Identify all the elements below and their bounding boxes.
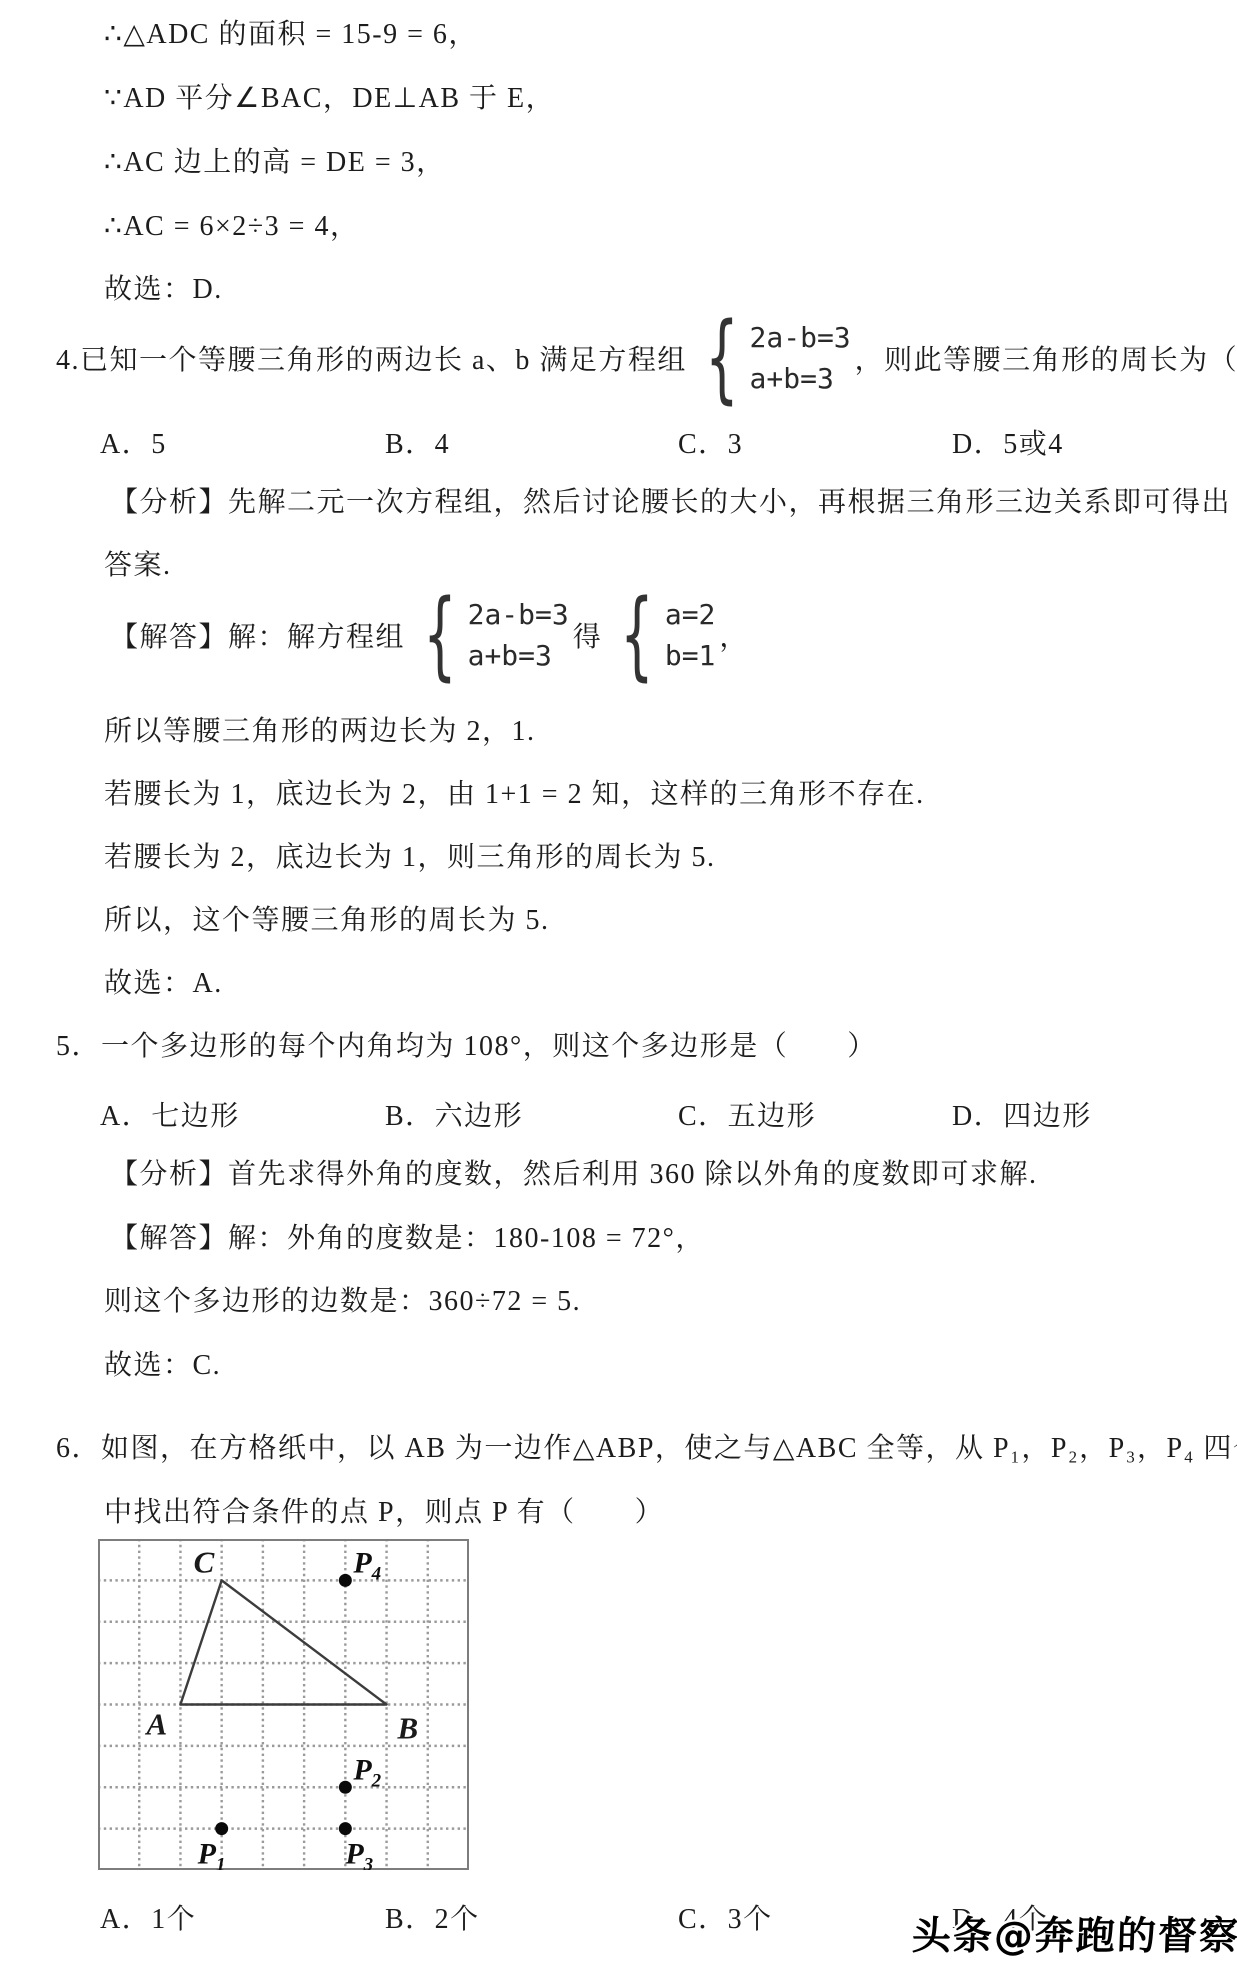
q4-stem-after: ，则此等腰三角形的周长为（ ） bbox=[855, 338, 1237, 378]
point-dot-P1 bbox=[215, 1822, 228, 1835]
q5-answer-line1: 【解答】解：外角的度数是：180-108 = 72°， bbox=[110, 1222, 705, 1256]
point-dot-P4 bbox=[339, 1574, 352, 1587]
q4-eq1: 2a-b=3 bbox=[750, 321, 851, 354]
q5-conclusion: 故选：C. bbox=[104, 1349, 221, 1383]
q4-conclusion: 故选：A. bbox=[104, 967, 223, 1001]
q4-options-row: A．5 B．4 C．3 D．5或4 bbox=[0, 422, 1237, 462]
q6-option-c: C．3个 bbox=[678, 1897, 773, 1937]
sol3-line-height: ∴AC 边上的高 = DE = 3， bbox=[104, 146, 446, 180]
left-brace: { bbox=[620, 600, 654, 670]
q4-option-b: B．4 bbox=[385, 422, 450, 462]
document-page: { "sol3": { "l1": "∴△ADC 的面积 = 15-9 = 6，… bbox=[0, 0, 1237, 1978]
q4-answer-system2: { a=2 b=1 bbox=[606, 598, 715, 672]
grid-figure-svg: CABP4P2P1P3 bbox=[98, 1539, 469, 1870]
q4-step2: 若腰长为 1，底边长为 2，由 1+1 = 2 知，这样的三角形不存在. bbox=[104, 778, 925, 812]
q5-option-b: B．六边形 bbox=[385, 1094, 523, 1134]
q4-eq2: a+b=3 bbox=[750, 362, 851, 395]
point-label-P3: P3 bbox=[344, 1838, 373, 1870]
vertex-label-A: A bbox=[144, 1707, 167, 1742]
q4-option-a: A．5 bbox=[100, 422, 167, 462]
q5-option-d: D．四边形 bbox=[952, 1094, 1092, 1134]
q5-analysis: 【分析】首先求得外角的度数，然后利用 360 除以外角的度数即可求解. bbox=[110, 1158, 1038, 1192]
q5-option-c: C．五边形 bbox=[678, 1094, 816, 1134]
q5-stem: 5．一个多边形的每个内角均为 108°，则这个多边形是（ ） bbox=[56, 1030, 877, 1064]
q5-answer-line2: 则这个多边形的边数是：360÷72 = 5. bbox=[104, 1285, 581, 1319]
sol3-line-bisector: ∵AD 平分∠BAC，DE⊥AB 于 E， bbox=[104, 82, 555, 116]
q4-analysis-line2: 答案. bbox=[104, 549, 172, 583]
q4-answer-eq2: a+b=3 bbox=[468, 639, 569, 672]
q4-step1: 所以等腰三角形的两边长为 2，1. bbox=[104, 715, 536, 749]
point-label-P2: P2 bbox=[352, 1753, 381, 1791]
point-label-P4: P4 bbox=[352, 1546, 381, 1584]
q5-options-row: A．七边形 B．六边形 C．五边形 D．四边形 bbox=[0, 1094, 1237, 1134]
q6-stem-line1: 6．如图，在方格纸中，以 AB 为一边作△ABP，使之与△ABC 全等，从 P₁… bbox=[56, 1432, 1237, 1466]
triangle-abc bbox=[180, 1580, 386, 1704]
q4-answer-line: 【解答】解：解方程组 { 2a-b=3 a+b=3 得 { a=2 b=1 ， bbox=[110, 590, 749, 680]
q4-step4: 所以，这个等腰三角形的周长为 5. bbox=[104, 904, 550, 938]
q4-equation-system: { 2a-b=3 a+b=3 bbox=[691, 321, 851, 395]
vertex-label-B: B bbox=[397, 1711, 419, 1746]
grid-figure: CABP4P2P1P3 bbox=[98, 1539, 469, 1875]
q4-answer-after: ， bbox=[719, 615, 749, 655]
sol3-line-area: ∴△ADC 的面积 = 15-9 = 6， bbox=[104, 18, 478, 52]
point-dot-P2 bbox=[339, 1781, 352, 1794]
q4-option-c: C．3 bbox=[678, 422, 743, 462]
sol3-conclusion: 故选：D. bbox=[104, 273, 223, 307]
q4-stem-before: 4.已知一个等腰三角形的两边长 a、b 满足方程组 bbox=[56, 338, 687, 378]
sol3-line-ac: ∴AC = 6×2÷3 = 4， bbox=[104, 210, 359, 244]
q4-answer-system1: { 2a-b=3 a+b=3 bbox=[409, 598, 569, 672]
q4-step3: 若腰长为 2，底边长为 1，则三角形的周长为 5. bbox=[104, 841, 716, 875]
q4-stem: 4.已知一个等腰三角形的两边长 a、b 满足方程组 { 2a-b=3 a+b=3… bbox=[56, 312, 1237, 404]
q6-option-a: A．1个 bbox=[100, 1897, 196, 1937]
q6-stem-line2: 中找出符合条件的点 P，则点 P 有（ ） bbox=[104, 1496, 664, 1530]
q4-answer-eq1: 2a-b=3 bbox=[468, 598, 569, 631]
q4-analysis-line1: 【分析】先解二元一次方程组，然后讨论腰长的大小，再根据三角形三边关系即可得出 bbox=[110, 486, 1231, 520]
q4-answer-mid: 得 bbox=[573, 615, 603, 655]
watermark: 头条@奔跑的督察员 bbox=[911, 1905, 1237, 1961]
q4-option-d: D．5或4 bbox=[952, 422, 1064, 462]
q6-option-b: B．2个 bbox=[385, 1897, 480, 1937]
left-brace: { bbox=[705, 323, 739, 393]
q4-result-eq2: b=1 bbox=[665, 639, 716, 672]
q4-result-eq1: a=2 bbox=[665, 598, 716, 631]
vertex-label-C: C bbox=[194, 1544, 215, 1579]
left-brace: { bbox=[423, 600, 457, 670]
point-dot-P3 bbox=[339, 1822, 352, 1835]
q5-option-a: A．七边形 bbox=[100, 1094, 240, 1134]
q4-answer-before: 【解答】解：解方程组 bbox=[110, 615, 405, 655]
